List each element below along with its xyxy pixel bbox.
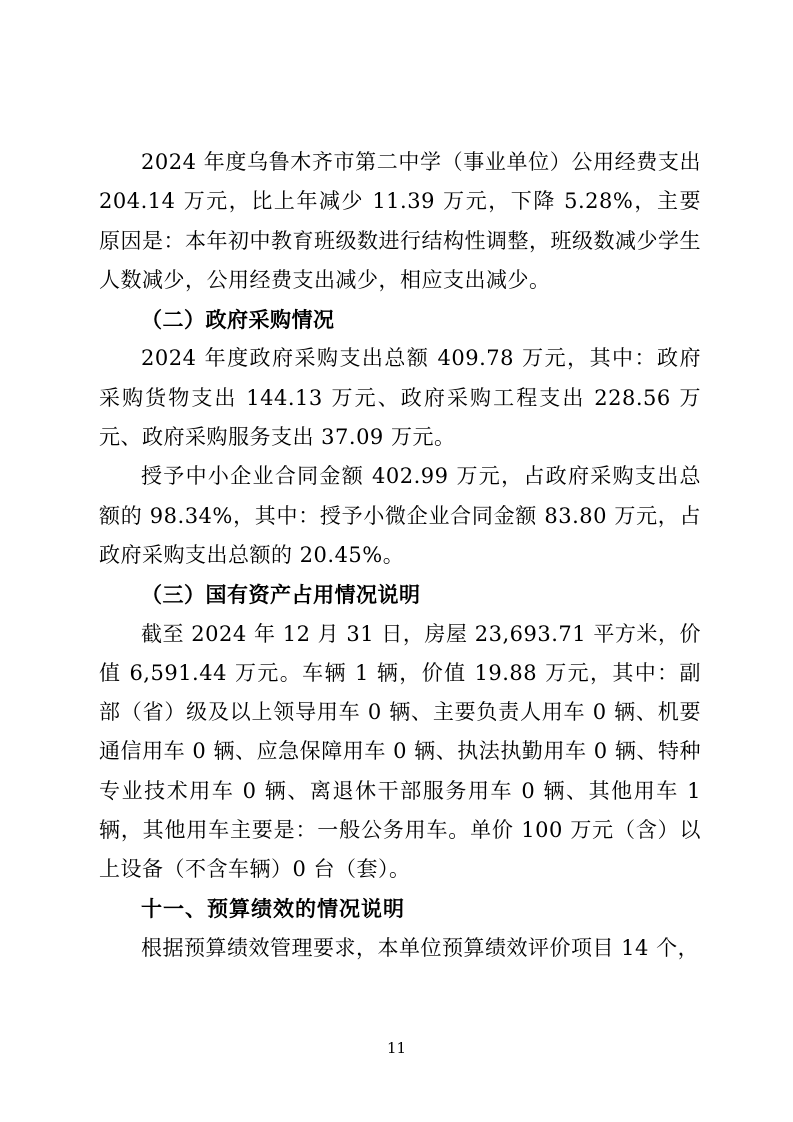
paragraph-sme-contracts: 授予中小企业合同金额 402.99 万元，占政府采购支出总额的 98.34%，其… — [99, 457, 701, 575]
section-heading-government-procurement: （二）政府采购情况 — [99, 300, 701, 339]
page-number: 11 — [0, 1039, 793, 1057]
paragraph-performance-intro: 根据预算绩效管理要求，本单位预算绩效评价项目 14 个， — [99, 929, 701, 968]
document-body: 2024 年度乌鲁木齐市第二中学（事业单位）公用经费支出 204.14 万元，比… — [99, 143, 701, 968]
document-page: 2024 年度乌鲁木齐市第二中学（事业单位）公用经费支出 204.14 万元，比… — [0, 0, 793, 1122]
paragraph-procurement-total: 2024 年度政府采购支出总额 409.78 万元，其中：政府采购货物支出 14… — [99, 339, 701, 457]
section-heading-budget-performance: 十一、预算绩效的情况说明 — [99, 890, 701, 929]
section-heading-state-assets: （三）国有资产占用情况说明 — [99, 575, 701, 614]
paragraph-public-expense: 2024 年度乌鲁木齐市第二中学（事业单位）公用经费支出 204.14 万元，比… — [99, 143, 701, 300]
paragraph-assets-detail: 截至 2024 年 12 月 31 日，房屋 23,693.71 平方米，价值 … — [99, 615, 701, 890]
